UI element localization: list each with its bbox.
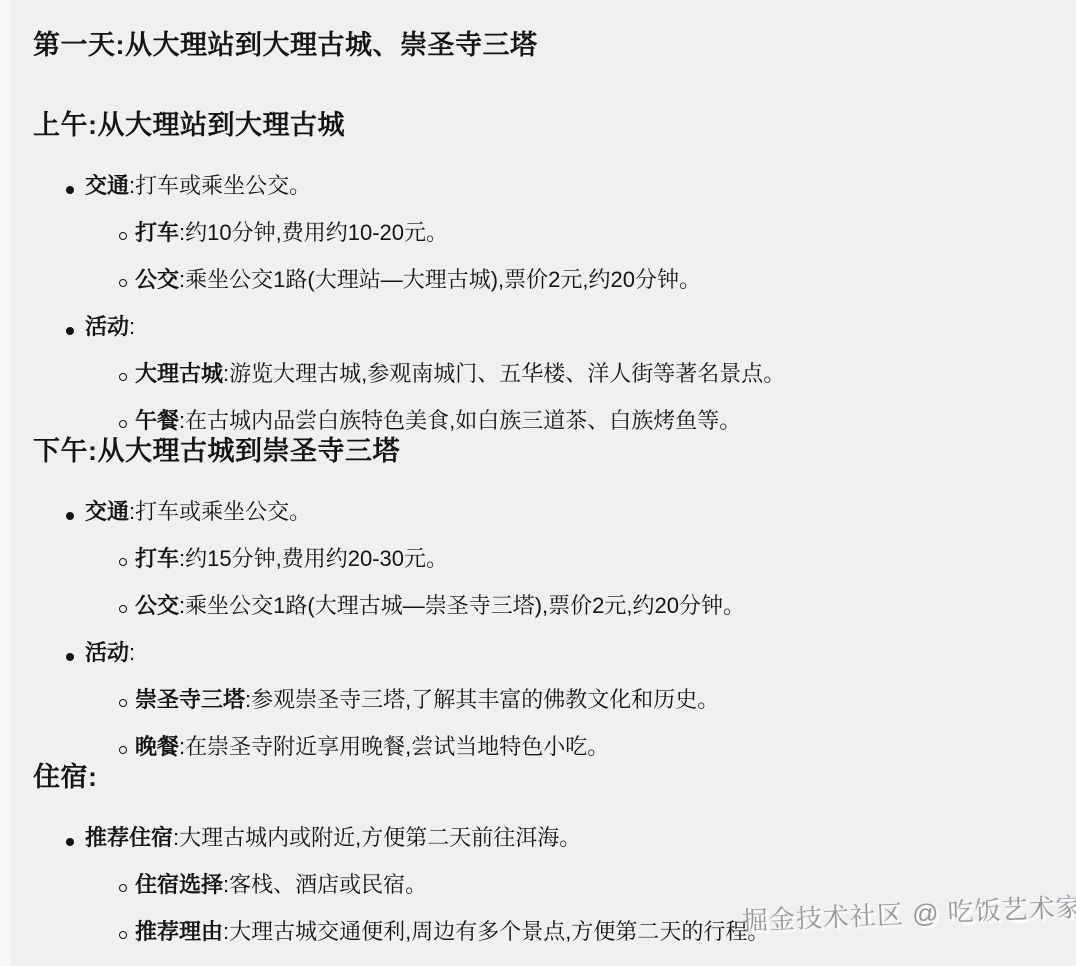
item-label: 公交 <box>135 267 179 292</box>
page-title: 第一天:从大理站到大理古城、崇圣寺三塔 <box>33 28 1040 62</box>
item-text: 大理古城内或附近,方便第二天前往洱海。 <box>179 825 581 850</box>
item-label: 公交 <box>135 593 179 618</box>
list-item: 住宿选择:客栈、酒店或民宿。 <box>135 871 1040 898</box>
list-item: 崇圣寺三塔:参观崇圣寺三塔,了解其丰富的佛教文化和历史。 <box>135 686 1040 713</box>
sub-bullet-list: 打车:约15分钟,费用约20-30元。公交:乘坐公交1路(大理古城—崇圣寺三塔)… <box>85 545 1040 619</box>
bullet-disc-icon <box>66 838 74 846</box>
sections-container: 上午:从大理站到大理古城交通:打车或乘坐公交。打车:约10分钟,费用约10-20… <box>33 108 1040 945</box>
item-label: 推荐住宿 <box>85 825 173 850</box>
bullet-list: 交通:打车或乘坐公交。打车:约15分钟,费用约20-30元。公交:乘坐公交1路(… <box>33 498 1040 760</box>
list-item: 午餐:在古城内品尝白族特色美食,如白族三道茶、白族烤鱼等。 <box>135 407 1040 434</box>
item-text: 约15分钟,费用约20-30元。 <box>185 546 448 571</box>
item-text: 游览大理古城,参观南城门、五华楼、洋人街等著名景点。 <box>229 361 785 386</box>
bullet-disc-icon <box>66 653 74 661</box>
item-text: 参观崇圣寺三塔,了解其丰富的佛教文化和历史。 <box>251 687 719 712</box>
sub-bullet-list: 大理古城:游览大理古城,参观南城门、五华楼、洋人街等著名景点。午餐:在古城内品尝… <box>85 360 1040 434</box>
section-heading: 下午:从大理古城到崇圣寺三塔 <box>33 434 1040 468</box>
bullet-circle-icon <box>119 605 127 613</box>
bullet-disc-icon <box>66 327 74 335</box>
list-item: 推荐住宿:大理古城内或附近,方便第二天前往洱海。住宿选择:客栈、酒店或民宿。推荐… <box>85 824 1040 945</box>
bullet-list: 推荐住宿:大理古城内或附近,方便第二天前往洱海。住宿选择:客栈、酒店或民宿。推荐… <box>33 824 1040 945</box>
item-label: 活动 <box>85 640 129 665</box>
item-label: 晚餐 <box>135 734 179 759</box>
bullet-circle-icon <box>119 884 127 892</box>
sub-bullet-list: 崇圣寺三塔:参观崇圣寺三塔,了解其丰富的佛教文化和历史。晚餐:在崇圣寺附近享用晚… <box>85 686 1040 760</box>
bullet-circle-icon <box>119 931 127 939</box>
sub-bullet-list: 住宿选择:客栈、酒店或民宿。推荐理由:大理古城交通便利,周边有多个景点,方便第二… <box>85 871 1040 945</box>
itinerary-document: 第一天:从大理站到大理古城、崇圣寺三塔 上午:从大理站到大理古城交通:打车或乘坐… <box>0 0 1076 966</box>
list-item: 打车:约10分钟,费用约10-20元。 <box>135 219 1040 246</box>
item-label: 打车 <box>135 546 179 571</box>
bullet-circle-icon <box>119 558 127 566</box>
item-text: 乘坐公交1路(大理古城—崇圣寺三塔),票价2元,约20分钟。 <box>185 593 745 618</box>
bullet-circle-icon <box>119 420 127 428</box>
list-item: 大理古城:游览大理古城,参观南城门、五华楼、洋人街等著名景点。 <box>135 360 1040 387</box>
item-text: 客栈、酒店或民宿。 <box>229 872 427 897</box>
list-item: 打车:约15分钟,费用约20-30元。 <box>135 545 1040 572</box>
item-label: 打车 <box>135 220 179 245</box>
item-text: 打车或乘坐公交。 <box>135 499 311 524</box>
list-item: 推荐理由:大理古城交通便利,周边有多个景点,方便第二天的行程。 <box>135 918 1040 945</box>
item-colon: : <box>129 640 135 665</box>
item-label: 午餐 <box>135 408 179 433</box>
bullet-circle-icon <box>119 746 127 754</box>
bullet-circle-icon <box>119 699 127 707</box>
bullet-circle-icon <box>119 373 127 381</box>
bullet-circle-icon <box>119 279 127 287</box>
item-text: 在古城内品尝白族特色美食,如白族三道茶、白族烤鱼等。 <box>185 408 741 433</box>
item-text: 打车或乘坐公交。 <box>135 173 311 198</box>
bullet-list: 交通:打车或乘坐公交。打车:约10分钟,费用约10-20元。公交:乘坐公交1路(… <box>33 172 1040 434</box>
item-text: 乘坐公交1路(大理站—大理古城),票价2元,约20分钟。 <box>185 267 701 292</box>
list-item: 晚餐:在崇圣寺附近享用晚餐,尝试当地特色小吃。 <box>135 733 1040 760</box>
item-text: 大理古城交通便利,周边有多个景点,方便第二天的行程。 <box>229 919 769 944</box>
item-label: 推荐理由 <box>135 919 223 944</box>
item-label: 住宿选择 <box>135 872 223 897</box>
list-item: 活动:大理古城:游览大理古城,参观南城门、五华楼、洋人街等著名景点。午餐:在古城… <box>85 313 1040 434</box>
item-label: 崇圣寺三塔 <box>135 687 245 712</box>
list-item: 交通:打车或乘坐公交。打车:约10分钟,费用约10-20元。公交:乘坐公交1路(… <box>85 172 1040 293</box>
section-heading: 上午:从大理站到大理古城 <box>33 108 1040 142</box>
item-text: 约10分钟,费用约10-20元。 <box>185 220 448 245</box>
list-item: 公交:乘坐公交1路(大理站—大理古城),票价2元,约20分钟。 <box>135 266 1040 293</box>
item-label: 交通 <box>85 173 129 198</box>
sub-bullet-list: 打车:约10分钟,费用约10-20元。公交:乘坐公交1路(大理站—大理古城),票… <box>85 219 1040 293</box>
bullet-circle-icon <box>119 232 127 240</box>
item-label: 大理古城 <box>135 361 223 386</box>
list-item: 活动:崇圣寺三塔:参观崇圣寺三塔,了解其丰富的佛教文化和历史。晚餐:在崇圣寺附近… <box>85 639 1040 760</box>
list-item: 公交:乘坐公交1路(大理古城—崇圣寺三塔),票价2元,约20分钟。 <box>135 592 1040 619</box>
section-heading: 住宿: <box>33 760 1040 794</box>
item-text: 在崇圣寺附近享用晚餐,尝试当地特色小吃。 <box>185 734 609 759</box>
bullet-disc-icon <box>66 512 74 520</box>
bullet-disc-icon <box>66 186 74 194</box>
page-left-edge <box>0 0 11 966</box>
item-label: 活动 <box>85 314 129 339</box>
list-item: 交通:打车或乘坐公交。打车:约15分钟,费用约20-30元。公交:乘坐公交1路(… <box>85 498 1040 619</box>
item-label: 交通 <box>85 499 129 524</box>
item-colon: : <box>129 314 135 339</box>
